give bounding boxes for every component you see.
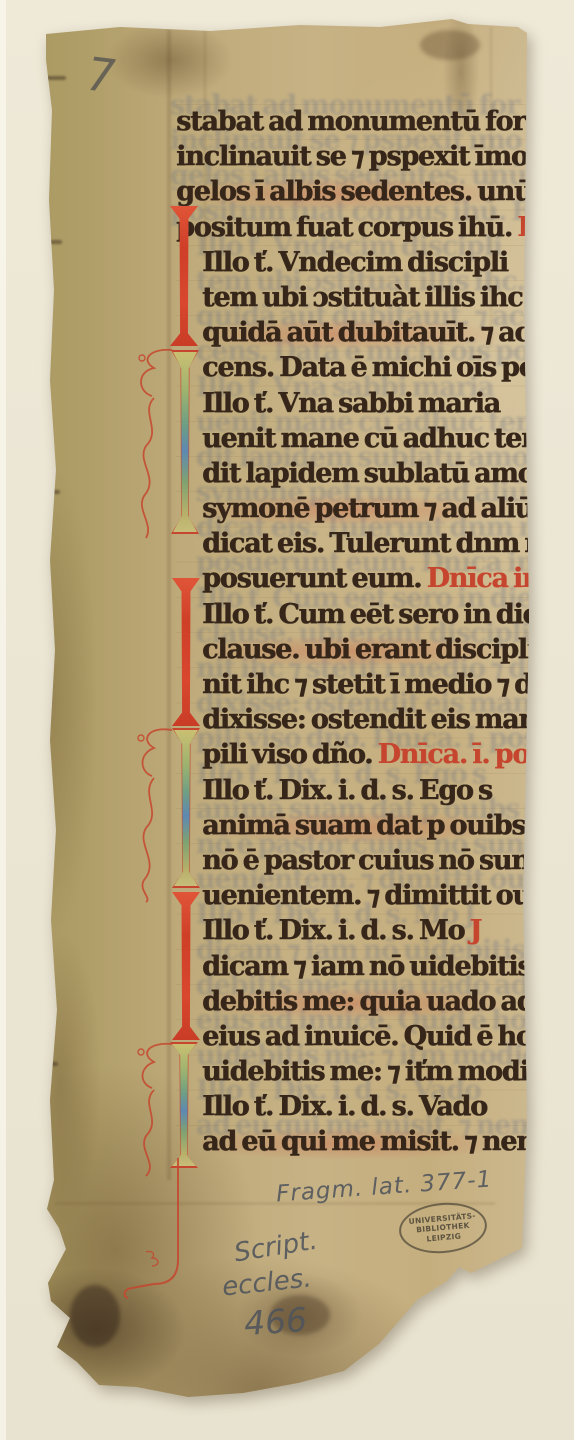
parchment-fragment: stabat ad monumentū forinclinauit se ⁊ p… xyxy=(0,0,574,1440)
manuscript-line: Illo ť. Dix. i. d. s. Mo J xyxy=(176,913,536,948)
manuscript-line: Illo ť. Dix. i. d. s. Vado xyxy=(176,1089,536,1124)
manuscript-line: ad eū qui me misit. ⁊ nem xyxy=(176,1124,536,1159)
sewing-slit xyxy=(36,76,66,80)
sewing-slit xyxy=(40,1062,58,1066)
library-stamp: UNIVERSITÄTS- BIBLIOTHEK LEIPZIG xyxy=(397,1199,489,1256)
manuscript-line: dixisse: ostendit eis manū ⁊ xyxy=(176,702,536,737)
manuscript-line: uenientem. ⁊ dimittit oues ⁊ xyxy=(176,878,536,913)
manuscript-line: debitis me: quia uado ad p xyxy=(176,984,536,1019)
manuscript-line: uidebitis me: ⁊ iťm modic xyxy=(176,1054,536,1089)
manuscript-text-block: stabat ad monumentū forinclinauit se ⁊ p… xyxy=(176,104,536,1160)
manuscript-line: posuerunt eum. Dnīca inoct xyxy=(176,561,536,596)
manuscript-line: Illo ť. Vndecim discipli xyxy=(176,245,536,280)
pen-descender-icon xyxy=(116,1156,190,1306)
manuscript-line: eius ad inuicē. Quid ē hoc xyxy=(176,1019,536,1054)
stain xyxy=(70,1285,120,1347)
manuscript-line: nō ē pastor cuius nō sun xyxy=(176,843,536,878)
stain xyxy=(420,30,480,60)
manuscript-line: positum fuat corpus ihū. F xyxy=(176,210,536,245)
manuscript-line: uenit mane cū adhuc tenebr xyxy=(176,421,536,456)
manuscript-line: pili viso dño. Dnīca. ī. pos xyxy=(176,737,536,772)
manuscript-line: Illo ť. Dix. i. d. s. Ego s xyxy=(176,773,536,808)
manuscript-line: inclinauit se ⁊ pspexit īmo xyxy=(176,139,536,174)
manuscript-line: nit ihc ⁊ stetit ī medio ⁊ dix xyxy=(176,667,536,702)
manuscript-line: cens. Data ē michi oīs pot xyxy=(176,350,536,385)
sewing-slit xyxy=(38,490,60,494)
sewing-slit xyxy=(34,240,62,244)
manuscript-line: Illo ť. Cum eēt sero in die xyxy=(176,597,536,632)
script-annotation-line3: 466 xyxy=(243,1300,309,1343)
script-annotation-line1: Script. xyxy=(232,1226,319,1269)
manuscript-line: dicat eis. Tulerunt dnm me xyxy=(176,526,536,561)
manuscript-line: symonē petrum ⁊ ad aliū d xyxy=(176,491,536,526)
manuscript-line: tem ubi ɔstituàt illis ihc. E xyxy=(176,280,536,315)
manuscript-line: Illo ť. Vna sabbi maria xyxy=(176,386,536,421)
folio-number-pencil: 7 xyxy=(79,47,122,103)
parchment-shadow: stabat ad monumentū forinclinauit se ⁊ p… xyxy=(0,0,574,1440)
manuscript-photo: stabat ad monumentū forinclinauit se ⁊ p… xyxy=(0,0,574,1440)
manuscript-line: quidā aūt dubitauīt. ⁊ acc xyxy=(176,315,536,350)
manuscript-line: gelos ī albis sedentes. unū ad xyxy=(176,174,536,209)
manuscript-line: stabat ad monumentū for xyxy=(176,104,536,139)
stamp-line3: LEIPZIG xyxy=(426,1231,461,1243)
manuscript-line: animā suam dat p ouibs su xyxy=(176,808,536,843)
manuscript-line: dit lapidem sublatū amon xyxy=(176,456,536,491)
manuscript-line: dicam ⁊ iam nō uidebitis xyxy=(176,949,536,984)
vertical-crease xyxy=(166,30,172,1180)
manuscript-line: clause. ubi erant discipli ⁊ xyxy=(176,632,536,667)
